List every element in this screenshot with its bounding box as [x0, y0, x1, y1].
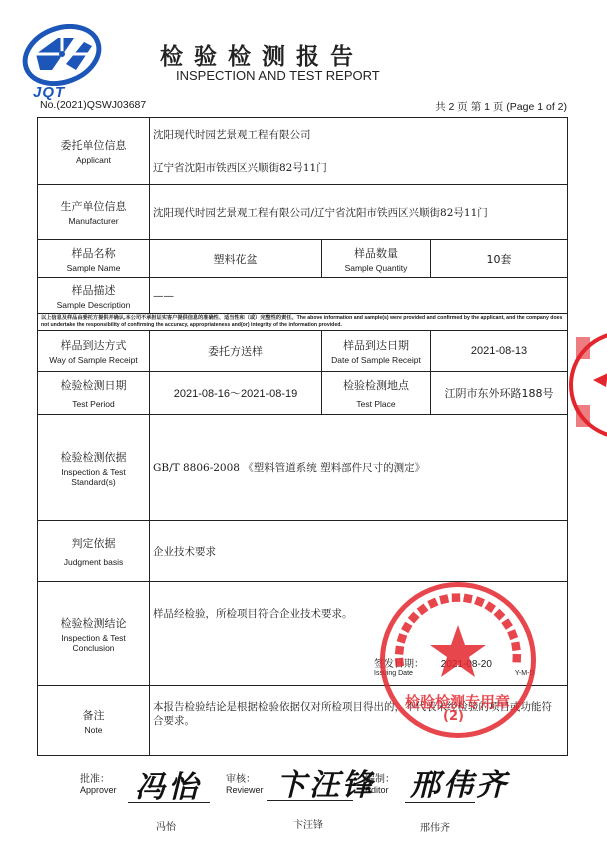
side-seal-icon — [568, 325, 607, 445]
receipt-way-label: 样品到达方式 Way of Sample Receipt — [38, 331, 150, 371]
seal-number: (2) — [443, 709, 464, 724]
manufacturer-label: 生产单位信息 Manufacturer — [38, 185, 150, 239]
editor-label: 编制：Editor — [365, 770, 395, 795]
editor-line — [405, 802, 475, 803]
page-info: 共 2 页 第 1 页 (Page 1 of 2) — [435, 99, 567, 114]
reviewer-name: 卞汪锋 — [293, 816, 323, 831]
row-receipt: 样品到达方式 Way of Sample Receipt 委托方送样 样品到达日… — [38, 330, 567, 371]
sample-description-value: —— — [150, 278, 567, 313]
receipt-date-value: 2021-08-13 — [431, 331, 567, 371]
sample-description-label: 样品描述 Sample Description — [38, 278, 150, 313]
reviewer-label: 审核：Reviewer — [226, 770, 264, 795]
report-number: No.(2021)QSWJ03687 — [40, 99, 146, 111]
applicant-value: 沈阳现代时园艺景观工程有限公司 辽宁省沈阳市铁西区兴顺街82号11门 — [150, 118, 567, 184]
note-label: 备注 Note — [38, 686, 150, 755]
jqt-logo-icon — [22, 24, 102, 86]
approver-name: 冯怡 — [156, 818, 176, 833]
row-standards: 检验检测依据 Inspection & Test Standard(s) GB/… — [38, 414, 567, 520]
editor-signature: 邢伟齐 — [410, 760, 509, 804]
editor-name: 邢伟齐 — [420, 819, 450, 834]
reviewer-signature: 卞汪锋 — [276, 760, 375, 804]
standards-label: 检验检测依据 Inspection & Test Standard(s) — [38, 415, 150, 520]
sample-name-label: 样品名称 Sample Name — [38, 240, 150, 277]
test-place-label: 检验检测地点 Test Place — [322, 372, 431, 414]
test-place-value: 江阴市东外环路188号 — [431, 372, 567, 414]
row-disclaimer: 以上信息及样品由委托方提供并确认,本公司不承担证实客户提供信息的准确性、适当性和… — [38, 313, 567, 330]
sample-name-value: 塑料花盆 — [150, 240, 322, 277]
receipt-date-label: 样品到达日期 Date of Sample Receipt — [322, 331, 431, 371]
test-period-value: 2021-08-16～2021-08-19 — [150, 372, 322, 414]
row-test-period: 检验检测日期 Test Period 2021-08-16～2021-08-19… — [38, 371, 567, 414]
report-title-cn: 检验检测报告 — [160, 38, 364, 71]
reviewer-line — [267, 800, 353, 801]
applicant-label: 委托单位信息 Applicant — [38, 118, 150, 184]
approver-line — [128, 802, 210, 803]
sample-quantity-value: 10套 — [431, 240, 567, 277]
standards-value: GB/T 8806-2008 《塑料管道系统 塑料部件尺寸的测定》 — [150, 415, 567, 520]
conclusion-label: 检验检测结论 Inspection & Test Conclusion — [38, 582, 150, 685]
row-sample-name: 样品名称 Sample Name 塑料花盆 样品数量 Sample Quanti… — [38, 239, 567, 277]
disclaimer-text: 以上信息及样品由委托方提供并确认,本公司不承担证实客户提供信息的准确性、适当性和… — [38, 314, 567, 330]
applicant-address: 辽宁省沈阳市铁西区兴顺街82号11门 — [153, 160, 567, 175]
row-judgment: 判定依据 Judgment basis 企业技术要求 — [38, 520, 567, 581]
row-manufacturer: 生产单位信息 Manufacturer 沈阳现代时园艺景观工程有限公司/辽宁省沈… — [38, 184, 567, 239]
judgment-label: 判定依据 Judgment basis — [38, 521, 150, 581]
row-applicant: 委托单位信息 Applicant 沈阳现代时园艺景观工程有限公司 辽宁省沈阳市铁… — [38, 118, 567, 184]
approver-signature: 冯怡 — [135, 762, 201, 806]
manufacturer-value: 沈阳现代时园艺景观工程有限公司/辽宁省沈阳市铁西区兴顺街82号11门 — [150, 185, 567, 239]
judgment-value: 企业技术要求 — [150, 521, 567, 581]
receipt-way-value: 委托方送样 — [150, 331, 322, 371]
test-period-label: 检验检测日期 Test Period — [38, 372, 150, 414]
applicant-name: 沈阳现代时园艺景观工程有限公司 — [153, 127, 567, 142]
sample-quantity-label: 样品数量 Sample Quantity — [322, 240, 431, 277]
report-title-en: INSPECTION AND TEST REPORT — [176, 68, 380, 83]
row-sample-description: 样品描述 Sample Description —— — [38, 277, 567, 313]
approver-label: 批准：Approver — [80, 770, 117, 795]
official-seal: ■■■■■■■■■■■■■■■■■■■ 检验检测专用章 (2) — [380, 582, 536, 738]
